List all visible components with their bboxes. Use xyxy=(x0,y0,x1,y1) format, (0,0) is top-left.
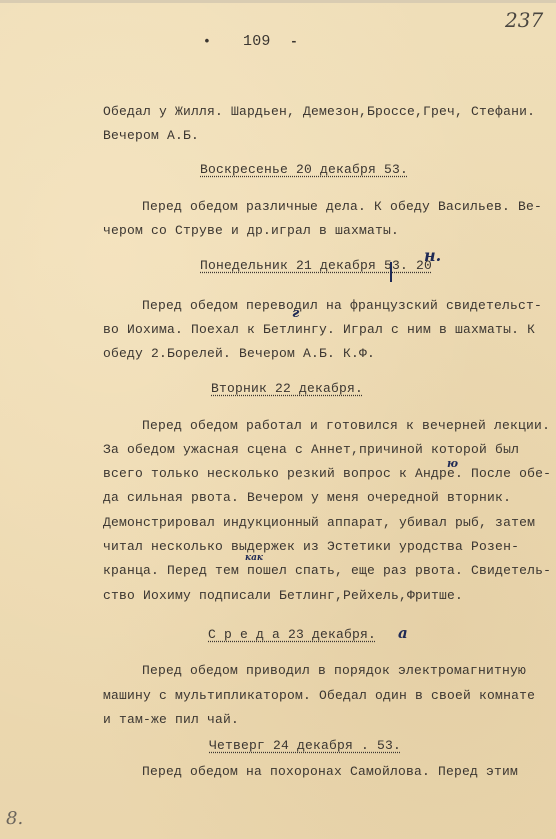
text-line: машину с мультипликатором. Обедал один в… xyxy=(103,688,535,703)
entry-heading-tuesday: Вторник 22 декабря. xyxy=(211,381,363,396)
text-line: во Иохима. Поехал к Бетлингу. Играл с ни… xyxy=(103,322,535,337)
handwritten-annotation: г xyxy=(292,306,299,321)
text-line: Перед обедом различные дела. К обеду Вас… xyxy=(142,199,542,214)
archive-folio-number: 237 xyxy=(505,8,543,32)
text-line: За обедом ужасная сцена с Аннет,причиной… xyxy=(103,442,519,457)
handwritten-annotation: ю xyxy=(447,457,458,470)
page-number: 109 xyxy=(243,33,271,50)
handwritten-annotation: н. xyxy=(424,246,441,265)
text-line: Вечером А.Б. xyxy=(103,128,199,143)
text-line: Перед обедом работал и готовился к вечер… xyxy=(142,418,550,433)
text-line: Перед обедом на похоронах Самойлова. Пер… xyxy=(142,764,518,779)
text-line: чером со Струве и др.играл в шахматы. xyxy=(103,223,399,238)
page-number-left-mark: • xyxy=(203,34,211,49)
entry-heading-monday: Понедельник 21 декабря 53. 20 xyxy=(200,258,432,273)
document-page: 237 • 109 - Обедал у Жилля. Шардьен, Дем… xyxy=(0,0,556,839)
text-line: Перед обедом переводил на французский св… xyxy=(142,298,542,313)
text-line: ство Иохиму подписали Бетлинг,Рейхель,Фр… xyxy=(103,588,463,603)
page-number-right-mark: - xyxy=(290,34,298,49)
text-line: Обедал у Жилля. Шардьен, Демезон,Броссе,… xyxy=(103,104,535,119)
entry-heading-thursday: Четверг 24 декабря . 53. xyxy=(209,738,401,753)
text-line: всего только несколько резкий вопрос к А… xyxy=(103,466,551,481)
entry-heading-sunday: Воскресенье 20 декабря 53. xyxy=(200,162,408,177)
corner-pencil-mark: 8. xyxy=(6,808,23,829)
text-line: Перед обедом приводил в порядок электром… xyxy=(142,663,526,678)
text-line: читал несколько выдержек из Эстетики уро… xyxy=(103,539,519,554)
entry-heading-wednesday: С р е д а 23 декабря. xyxy=(208,627,376,642)
text-line: и там-же пил чай. xyxy=(103,712,239,727)
text-line: обеду 2.Борелей. Вечером А.Б. К.Ф. xyxy=(103,346,375,361)
text-line: кранца. Перед тем пошел спать, еще раз р… xyxy=(103,563,551,578)
text-line: да сильная рвота. Вечером у меня очередн… xyxy=(103,490,511,505)
scan-edge xyxy=(0,0,556,3)
handwritten-annotation: как xyxy=(245,553,263,563)
ink-correction-mark xyxy=(390,262,392,282)
text-line: Демонстрировал индукционный аппарат, уби… xyxy=(103,515,535,530)
handwritten-annotation: a xyxy=(398,624,408,642)
